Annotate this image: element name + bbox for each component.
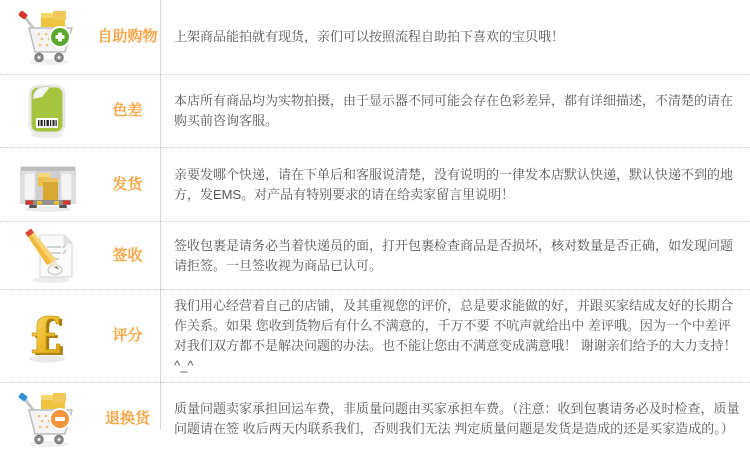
notice-text: 签收包裹是请务必当着快递员的面，打开包裹检查商品是否损坏，核对数量是否正确，如发…: [160, 230, 750, 282]
notice-text: 质量问题卖家承担回运车费，非质量问题由买家承担车费。（注意：收到包裹请务必及时检…: [160, 393, 750, 445]
cart-plus-icon: [0, 8, 95, 66]
pound-coin-icon: £ £: [0, 307, 95, 365]
notice-row-shipping: 发货 亲要发哪个快递，请在下单后和客服说清楚，没有说明的一律发本店默认快递，默认…: [0, 148, 750, 222]
notice-text: 我们用心经营着自己的店铺，及其重视您的评价，总是要求能做的好，并跟买家结成友好的…: [160, 290, 750, 382]
notice-row-self-shopping: 自助购物 上架商品能拍就有现货，亲们可以按照流程自助拍下喜欢的宝贝哦！: [0, 0, 750, 75]
notice-row-sign-receipt: 签收 签收包裹是请务必当着快递员的面，打开包裹检查商品是否损坏，核对数量是否正确…: [0, 222, 750, 290]
notice-label: 发货: [95, 176, 160, 194]
notice-row-rating: £ £ 评分 我们用心经营着自己的店铺，及其重视您的评价，总是要求能做的好，并跟…: [0, 290, 750, 383]
notice-label: 签收: [95, 247, 160, 265]
color-tag-icon: [0, 82, 95, 140]
svg-text:£: £: [28, 307, 63, 365]
notice-row-color-difference: 色差 本店所有商品均为实物拍摄，由于显示器不同可能会存在色彩差异，都有详细描述，…: [0, 75, 750, 148]
notice-label: 退换货: [95, 410, 160, 428]
notice-label: 自助购物: [95, 28, 160, 46]
notice-text: 上架商品能拍就有现货，亲们可以按照流程自助拍下喜欢的宝贝哦！: [160, 21, 750, 53]
delivery-truck-icon: [0, 156, 95, 214]
store-notice-panel: 自助购物 上架商品能拍就有现货，亲们可以按照流程自助拍下喜欢的宝贝哦！ 色差 本…: [0, 0, 750, 455]
notice-text: 本店所有商品均为实物拍摄，由于显示器不同可能会存在色彩差异，都有详细描述，不清楚…: [160, 85, 750, 137]
label-text-divider: [160, 0, 161, 430]
notice-row-returns: 退换货 质量问题卖家承担回运车费，非质量问题由买家承担车费。（注意：收到包裹请务…: [0, 383, 750, 455]
sign-pencil-icon: [0, 227, 95, 285]
cart-minus-icon: [0, 390, 95, 448]
notice-text: 亲要发哪个快递，请在下单后和客服说清楚，没有说明的一律发本店默认快递，默认快递不…: [160, 159, 750, 211]
notice-label: 评分: [95, 327, 160, 345]
notice-label: 色差: [95, 102, 160, 120]
